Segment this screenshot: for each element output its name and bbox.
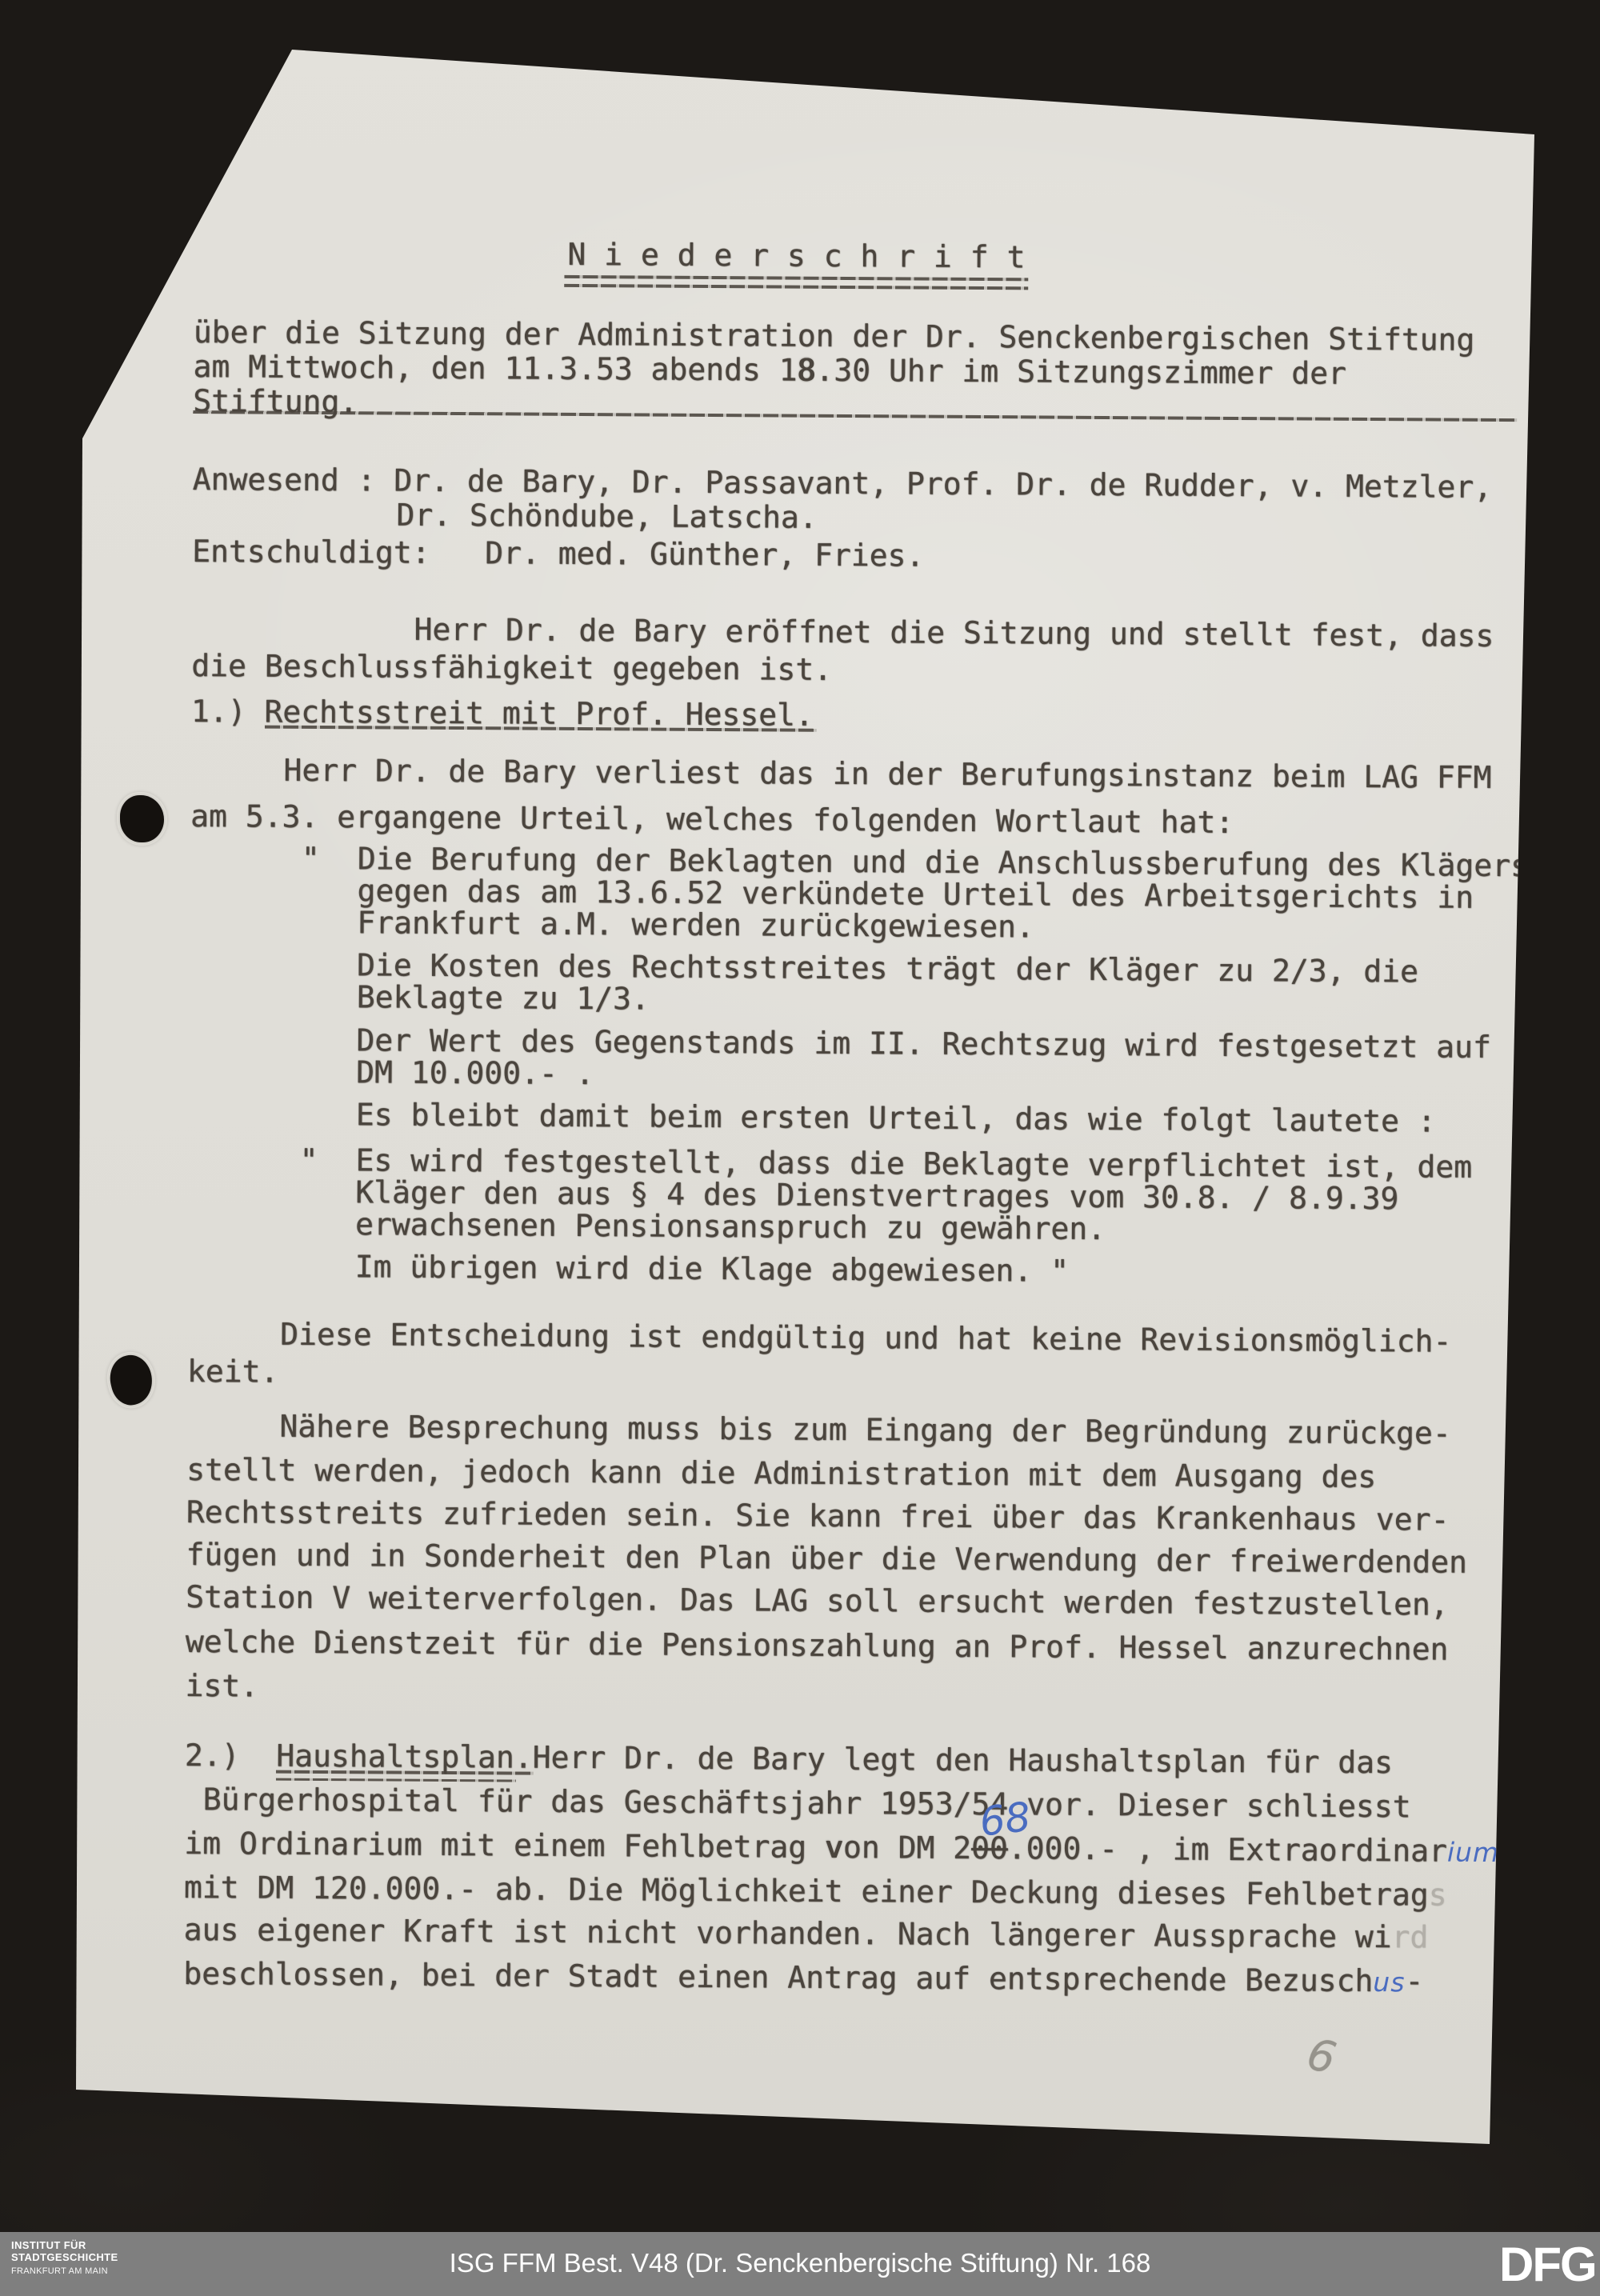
typewritten-line-section1: Nähere Besprechung muss bis zum Eingang … — [279, 1410, 1450, 1450]
handwritten-correction-68: 68 — [977, 1794, 1033, 1846]
typewritten-line-section2: mit DM 120.000.- ab. Die Möglichkeit ein… — [184, 1871, 1447, 1911]
typewritten-line-section2: im Ordinarium mit einem Fehlbetrag von D… — [184, 1827, 1499, 1869]
typewritten-line-attendance: Entschuldigt: Dr. med. Günther, Fries. — [192, 535, 924, 572]
typewritten-text-layer: N i e d e r s c h r i f tüber die Sitzun… — [0, 0, 1600, 2296]
quote-mark: " — [302, 842, 320, 874]
typewritten-line-section1: stellt werden, jedoch kann die Administr… — [186, 1454, 1376, 1493]
dfg-logo: DFG — [1499, 2237, 1596, 2292]
typewritten-line-section1: Rechtsstreits zufrieden sein. Sie kann f… — [186, 1496, 1450, 1536]
archive-footer-bar: INSTITUT FÜR STADTGESCHICHTE FRANKFURT A… — [0, 2232, 1600, 2296]
typewritten-line-attendance: Dr. Schöndube, Latscha. — [396, 499, 817, 534]
typewritten-line-section2: aus eigener Kraft ist nicht vorhanden. N… — [184, 1914, 1429, 1954]
typewritten-line-judgment-quote: Frankfurt a.M. werden zurückgewiesen. — [357, 906, 1034, 942]
typewritten-line-judgment-quote: DM 10.000.- . — [356, 1056, 594, 1090]
typewritten-line-section1: ist. — [185, 1670, 258, 1702]
handwritten-insertion: us — [1373, 1966, 1405, 1998]
typewritten-line-judgment-quote: Beklagte zu 1/3. — [357, 981, 650, 1014]
haushaltsplan-underline-1 — [276, 1770, 534, 1775]
doc-title: N i e d e r s c h r i f t — [567, 238, 1025, 273]
typewritten-line-section2: beschlossen, bei der Stadt einen Antrag … — [183, 1958, 1423, 1998]
text-segment: on DM 2 — [843, 1830, 971, 1866]
text-segment: - — [1405, 1963, 1423, 1998]
document-page: N i e d e r s c h r i f tüber die Sitzun… — [0, 0, 1600, 2296]
typewritten-line-section1: Herr Dr. de Bary verliest das in der Ber… — [283, 754, 1491, 794]
text-segment: beschlossen, bei der Stadt einen Antrag … — [183, 1956, 1373, 1998]
typewritten-line-section1: welche Dienstzeit für die Pensionszahlun… — [186, 1626, 1449, 1666]
typewritten-line-section1: Station V weiterverfolgen. Das LAG soll … — [186, 1581, 1449, 1621]
typewritten-line-section1: keit. — [187, 1355, 279, 1388]
text-segment: mit DM 120.000.- ab. Die Möglichkeit ein… — [184, 1870, 1429, 1913]
typewritten-line-section1: am 5.3. ergangene Urteil, welches folgen… — [190, 800, 1234, 838]
archive-reference: ISG FFM Best. V48 (Dr. Senckenbergische … — [0, 2248, 1600, 2278]
title-underline-1 — [564, 275, 1028, 282]
title-underline-2 — [564, 284, 1028, 290]
typewritten-line-judgment-quote: Es bleibt damit beim ersten Urteil, das … — [356, 1098, 1436, 1137]
text-segment: v — [825, 1830, 843, 1865]
archive-photo: N i e d e r s c h r i f tüber die Sitzun… — [0, 0, 1600, 2296]
punch-hole-top — [120, 795, 164, 842]
text-segment: .30 Uhr im Sitzungszimmer der — [815, 353, 1346, 391]
typewritten-line-opening: Herr Dr. de Bary eröffnet die Sitzung un… — [414, 614, 1494, 652]
typewritten-line-intro: am Mittwoch, den 11.3.53 abends 18.30 Uh… — [193, 350, 1346, 390]
typewritten-line-section2: Bürgerhospital für das Geschäftsjahr 195… — [203, 1783, 1411, 1822]
haushaltsplan-underline-2 — [276, 1778, 516, 1782]
typewritten-line-attendance: Anwesend : Dr. de Bary, Dr. Passavant, P… — [193, 463, 1493, 503]
quote-mark: " — [299, 1144, 318, 1176]
page-number-pencil: 6 — [1302, 2029, 1341, 2084]
text-segment: aus eigener Kraft ist nicht vorhanden. N… — [184, 1912, 1392, 1954]
typewritten-line-judgment-quote: erwachsenen Pensionsanspruch zu gewähren… — [355, 1208, 1106, 1245]
typewritten-line-section1: Diese Entscheidung ist endgültig und hat… — [280, 1318, 1451, 1358]
text-segment: 8 — [797, 353, 815, 388]
intro-rule — [193, 410, 1517, 422]
handwritten-insertion: ium — [1447, 1837, 1499, 1868]
typewritten-line-section1: fügen und in Sonderheit den Plan über di… — [186, 1538, 1467, 1578]
typewritten-line-opening: die Beschlussfähigkeit gegeben ist. — [191, 650, 832, 686]
text-segment: im Ordinarium mit einem Fehlbetrag — [184, 1826, 825, 1865]
typewritten-line-judgment-quote: Im übrigen wird die Klage abgewiesen. " — [355, 1250, 1069, 1286]
text-segment: am Mittwoch, den 11.3.53 abends 1 — [193, 349, 797, 388]
text-segment: s — [1429, 1877, 1447, 1912]
text-segment: rd — [1391, 1919, 1428, 1954]
text-segment: .000.- , im Extraordinar — [1008, 1830, 1447, 1868]
